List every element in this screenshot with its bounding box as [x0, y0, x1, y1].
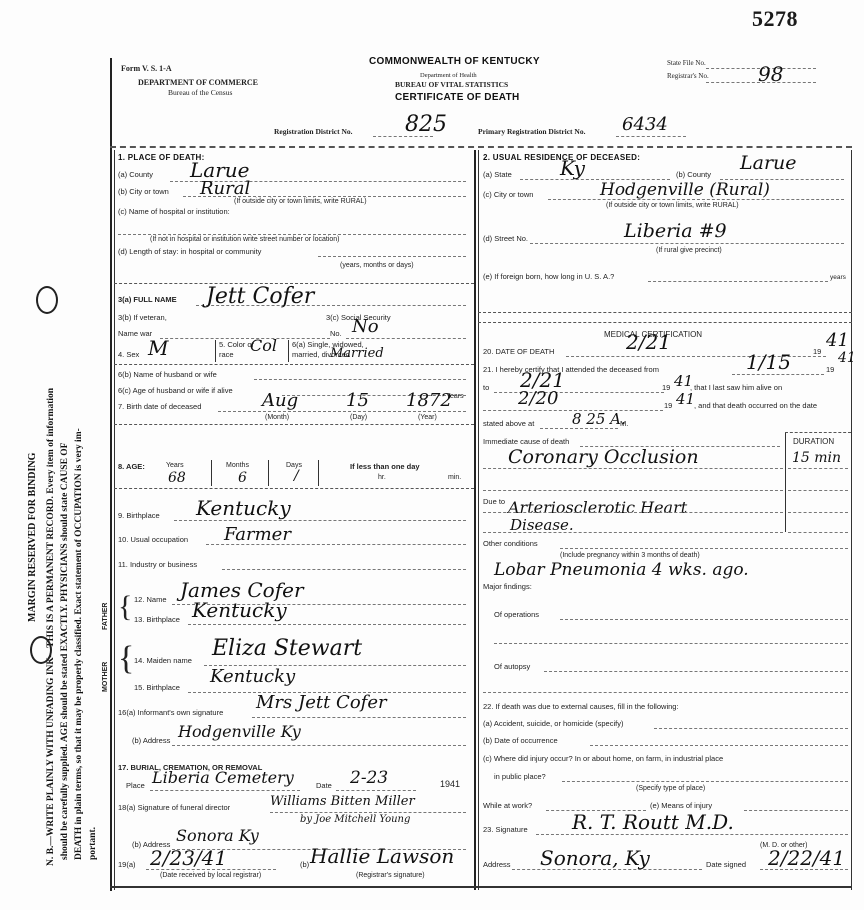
age-div-1: [211, 460, 212, 486]
burial-place-value: Liberia Cemetery: [152, 768, 294, 787]
burial-place-field[interactable]: [150, 790, 300, 791]
birth-date-label: 7. Birth date of deceased: [118, 402, 201, 411]
attended-label: 21. I hereby certify that I attended the…: [483, 365, 659, 374]
last-saw-value: 2/20: [518, 388, 558, 409]
dept-health: Department of Health: [420, 72, 477, 79]
date-signed-value: 2/22/41: [768, 846, 845, 870]
father-tag: FATHER: [102, 603, 109, 630]
margin-instruction-3: DEATH in plain terms, so that it may be …: [74, 428, 84, 860]
external-c-field[interactable]: [562, 781, 848, 782]
res-street-value: Liberia #9: [624, 220, 727, 242]
received-value: 2/23/41: [150, 846, 227, 870]
age-years-value: 68: [168, 470, 186, 486]
mother-birthplace-value: Kentucky: [210, 666, 295, 687]
external-a-field[interactable]: [654, 728, 848, 729]
state-file-label: State File No.: [667, 59, 706, 67]
registrar-sig-label: (b): [300, 860, 309, 869]
external-c-label: (c) Where did injury occur? In or about …: [483, 754, 723, 763]
informant-sig-field[interactable]: [252, 717, 466, 718]
margin-instruction-4: portant.: [88, 827, 98, 860]
duration-field-1[interactable]: [788, 468, 848, 469]
min-label: min.: [448, 474, 461, 481]
year-hint: (Year): [418, 414, 437, 421]
frame-left-inner: [114, 150, 115, 890]
registrar-sig-value: Hallie Lawson: [310, 844, 454, 868]
header-rule: [110, 146, 852, 148]
date-death-label: 20. DATE OF DEATH: [483, 347, 554, 356]
external-b-label: (b) Date of occurrence: [483, 736, 558, 745]
external-c-hint: (Specify type of place): [636, 785, 705, 792]
full-name-value: Jett Cofer: [206, 284, 314, 309]
pod-stay-hint: (years, months or days): [340, 262, 414, 269]
registrar-no-label: Registrar's No.: [667, 72, 709, 80]
veteran-label: 3(b) If veteran,: [118, 313, 167, 322]
stated-label: stated above at: [483, 419, 534, 428]
father-birthplace-value: Kentucky: [192, 598, 287, 622]
divider-r1: [478, 312, 852, 313]
burial-place-label: Place: [126, 781, 145, 790]
marital-value: Married: [330, 346, 384, 361]
pod-hospital-hint: (If not in hospital or institution write…: [150, 236, 339, 243]
bureau-census: Bureau of the Census: [168, 88, 232, 97]
pod-stay-label: (d) Length of stay: in hospital or commu…: [118, 247, 261, 256]
ss-field[interactable]: [346, 338, 466, 339]
less-day-label: If less than one day: [350, 462, 420, 471]
dept-commerce: DEPARTMENT OF COMMERCE: [138, 78, 258, 87]
spouse-field[interactable]: [254, 379, 466, 380]
to-label: to: [483, 383, 489, 392]
footer-rule: [110, 886, 852, 888]
hr-label: hr.: [378, 474, 386, 481]
margin-instruction-1: N. B.—WRITE PLAINLY WITH UNFADING INK—TH…: [46, 388, 56, 866]
divider-3: [114, 424, 474, 425]
full-name-label: 3(a) FULL NAME: [118, 295, 177, 304]
pod-city-label: (b) City or town: [118, 187, 169, 196]
duration-divider: [785, 432, 786, 532]
informant-address-value: Hodgenville Ky: [178, 722, 301, 741]
father-birthplace-label: 13. Birthplace: [134, 615, 180, 624]
other-label: Other conditions: [483, 539, 538, 548]
duration-top: [785, 432, 851, 433]
occurred-label: , and that death occurred on the date: [694, 401, 817, 410]
father-brace: {: [118, 590, 132, 624]
frame-left: [110, 58, 112, 891]
registrar-sig-hint: (Registrar's signature): [356, 872, 425, 879]
last-saw-label: , that I last saw him alive on: [690, 383, 782, 392]
industry-label: 11. Industry or business: [118, 560, 197, 569]
last-saw-year: 41: [676, 390, 695, 408]
primary-district-value: 6434: [622, 114, 668, 135]
industry-field[interactable]: [222, 569, 466, 570]
autopsy-field[interactable]: [544, 671, 848, 672]
m-label: M.: [620, 419, 628, 428]
margin-reserved: MARGIN RESERVED FOR BINDING: [27, 453, 38, 622]
color-value: Col: [250, 336, 277, 355]
attended-from-year-prefix: 19: [826, 365, 834, 374]
age-div-2: [268, 460, 269, 486]
age-months-label: Months: [226, 462, 249, 469]
frame-right: [851, 150, 852, 890]
other-field[interactable]: [560, 548, 848, 549]
pod-city-value: Rural: [200, 178, 250, 199]
external-a-label: (a) Accident, suicide, or homicide (spec…: [483, 719, 623, 728]
operations-field[interactable]: [560, 619, 848, 620]
binding-hole-top: [36, 286, 58, 314]
pod-county-label: (a) County: [118, 170, 153, 179]
stamp-number: 5278: [752, 6, 798, 32]
certifier-sig-value: R. T. Routt M.D.: [572, 810, 734, 834]
frame-center-2: [478, 150, 479, 890]
due-to-field-2[interactable]: [483, 532, 783, 533]
ss-no-label: No.: [330, 329, 342, 338]
certifier-address-value: Sonora, Ky: [540, 846, 650, 870]
duration-label: DURATION: [793, 437, 834, 446]
mother-birthplace-label: 15. Birthplace: [134, 683, 180, 692]
autopsy-label: Of autopsy: [494, 662, 530, 671]
res-foreign-unit: years: [830, 274, 846, 281]
operations-field-2[interactable]: [494, 643, 848, 644]
certifier-sig-field[interactable]: [536, 834, 848, 835]
time-field[interactable]: [540, 428, 618, 429]
due-to-duration-1[interactable]: [788, 512, 848, 513]
attended-from-value: 1/15: [746, 350, 791, 374]
birth-date-field[interactable]: [218, 411, 466, 412]
spouse-label: 6(b) Name of husband or wife: [118, 370, 217, 379]
res-city-label: (c) City or town: [483, 190, 533, 199]
ss-value: No: [352, 316, 379, 337]
certifier-address-label: Address: [483, 860, 511, 869]
spouse-age-label: 6(c) Age of husband or wife if alive: [118, 386, 233, 395]
date-death-value: 2/21: [626, 330, 671, 354]
age-label: 8. AGE:: [118, 462, 145, 471]
director-value-2: by Joe Mitchell Young: [300, 814, 410, 825]
date-signed-label: Date signed: [706, 860, 746, 869]
other-value: Lobar Pneumonia 4 wks. ago.: [494, 560, 749, 580]
res-street-label: (d) Street No.: [483, 234, 528, 243]
received-label: 19(a): [118, 860, 136, 869]
divider-2: [114, 364, 474, 365]
res-foreign-label: (e) If foreign born, how long in U. S. A…: [483, 272, 614, 281]
res-state-label: (a) State: [483, 170, 512, 179]
director-field[interactable]: [270, 812, 466, 813]
name-war-field[interactable]: [160, 338, 330, 339]
external-title: 22. If death was due to external causes,…: [483, 702, 679, 711]
immediate-value: Coronary Occlusion: [508, 446, 699, 468]
bureau-vital: BUREAU OF VITAL STATISTICS: [395, 80, 508, 89]
res-city-value: Hodgenville (Rural): [600, 180, 770, 200]
res-street-hint: (If rural give precinct): [656, 247, 722, 254]
duration-value: 15 min: [792, 450, 841, 466]
frame-center-1: [474, 150, 476, 890]
informant-address-field[interactable]: [172, 745, 466, 746]
mother-name-label: 14. Maiden name: [134, 656, 192, 665]
external-c-label-2: in public place?: [494, 772, 546, 781]
mother-brace: {: [118, 640, 134, 678]
commonwealth-title: COMMONWEALTH OF KENTUCKY: [369, 56, 540, 67]
month-hint: (Month): [265, 414, 289, 421]
external-b-field[interactable]: [590, 745, 848, 746]
duration-field-2[interactable]: [788, 490, 848, 491]
last-saw-year-prefix: 19: [664, 401, 672, 410]
occupation-value: Farmer: [224, 524, 291, 545]
immediate-label: Immediate cause of death: [483, 437, 569, 446]
director-label: 18(a) Signature of funeral director: [118, 803, 230, 812]
certifier-sig-label: 23. Signature: [483, 825, 528, 834]
time-value: 8 25 A.: [572, 410, 626, 428]
birthplace-value: Kentucky: [196, 496, 291, 520]
birth-day-value: 15: [346, 390, 369, 411]
burial-date-field[interactable]: [336, 790, 416, 791]
other-hint: (Include pregnancy within 3 months of de…: [560, 552, 700, 559]
pod-hospital-field[interactable]: [118, 234, 466, 235]
attended-from-year: 41: [838, 350, 856, 366]
while-work-label: While at work?: [483, 801, 532, 810]
certificate-title: CERTIFICATE OF DEATH: [395, 92, 520, 103]
res-street-field[interactable]: [530, 243, 844, 244]
due-to-duration-2[interactable]: [788, 532, 848, 533]
res-state-value: Ky: [560, 156, 585, 180]
primary-district-label: Primary Registration District No.: [478, 127, 585, 136]
director-value: Williams Bitten Miller: [270, 794, 415, 809]
date-death-year: 41: [826, 330, 849, 351]
burial-date-label: Date: [316, 781, 332, 790]
reg-district-label: Registration District No.: [274, 127, 353, 136]
burial-date-year: 1941: [440, 779, 460, 789]
pod-city-hint: (If outside city or town limits, write R…: [234, 198, 367, 205]
color-divider: [288, 340, 289, 362]
immediate-field-1[interactable]: [483, 468, 783, 469]
age-div-3: [318, 460, 319, 486]
sex-value: M: [148, 336, 168, 360]
day-hint: (Day): [350, 414, 367, 421]
due-to-field-1[interactable]: [483, 512, 783, 513]
age-years-label: Years: [166, 462, 184, 469]
informant-address-label: (b) Address: [132, 736, 170, 745]
occupation-label: 10. Usual occupation: [118, 535, 188, 544]
attended-to-year-prefix: 19: [662, 383, 670, 392]
burial-address-value: Sonora Ky: [176, 826, 259, 845]
burial-date-value: 2-23: [350, 768, 388, 788]
due-to-value: Arteriosclerotic Heart: [508, 498, 687, 517]
birthplace-label: 9. Birthplace: [118, 511, 160, 520]
sex-label: 4. Sex: [118, 350, 139, 359]
res-city-hint: (If outside city or town limits, write R…: [606, 202, 739, 209]
birth-year-value: 1872: [406, 390, 452, 411]
primary-district-field[interactable]: [616, 136, 686, 137]
margin-instruction-2: should be carefully supplied. AGE should…: [60, 443, 70, 861]
birthplace-field[interactable]: [174, 520, 466, 521]
res-foreign-field[interactable]: [648, 281, 828, 282]
divider-age: [114, 488, 474, 489]
res-county-value: Larue: [740, 152, 797, 174]
father-birthplace-field[interactable]: [188, 624, 466, 625]
pod-stay-field[interactable]: [318, 256, 466, 257]
divider-r1b: [478, 322, 852, 323]
autopsy-field-2[interactable]: [483, 692, 848, 693]
form-number: Form V. S. 1-A: [121, 64, 172, 73]
reg-district-value: 825: [405, 112, 447, 137]
date-death-year-prefix: 19: [813, 347, 821, 356]
age-days-value: /: [294, 468, 299, 484]
pod-hospital-label: (c) Name of hospital or institution:: [118, 207, 230, 216]
sex-divider: [215, 340, 216, 362]
attended-from-field[interactable]: [732, 374, 824, 375]
informant-sig-label: 16(a) Informant's own signature: [118, 708, 223, 717]
birth-month-value: Aug: [262, 390, 298, 411]
immediate-field-2[interactable]: [483, 490, 783, 491]
due-to-label: Due to: [483, 497, 505, 506]
binding-hole-bottom: [30, 636, 52, 664]
age-months-value: 6: [238, 470, 247, 486]
mother-name-value: Eliza Stewart: [212, 636, 362, 661]
registrar-no-value: 98: [758, 62, 783, 86]
means-field[interactable]: [744, 810, 848, 811]
father-name-label: 12. Name: [134, 595, 167, 604]
informant-sig-value: Mrs Jett Cofer: [256, 692, 387, 713]
res-county-label: (b) County: [676, 170, 711, 179]
received-hint: (Date received by local registrar): [160, 872, 261, 879]
operations-label: Of operations: [494, 610, 539, 619]
major-label: Major findings:: [483, 582, 532, 591]
means-label: (e) Means of injury: [650, 801, 712, 810]
mother-tag: MOTHER: [102, 662, 109, 692]
